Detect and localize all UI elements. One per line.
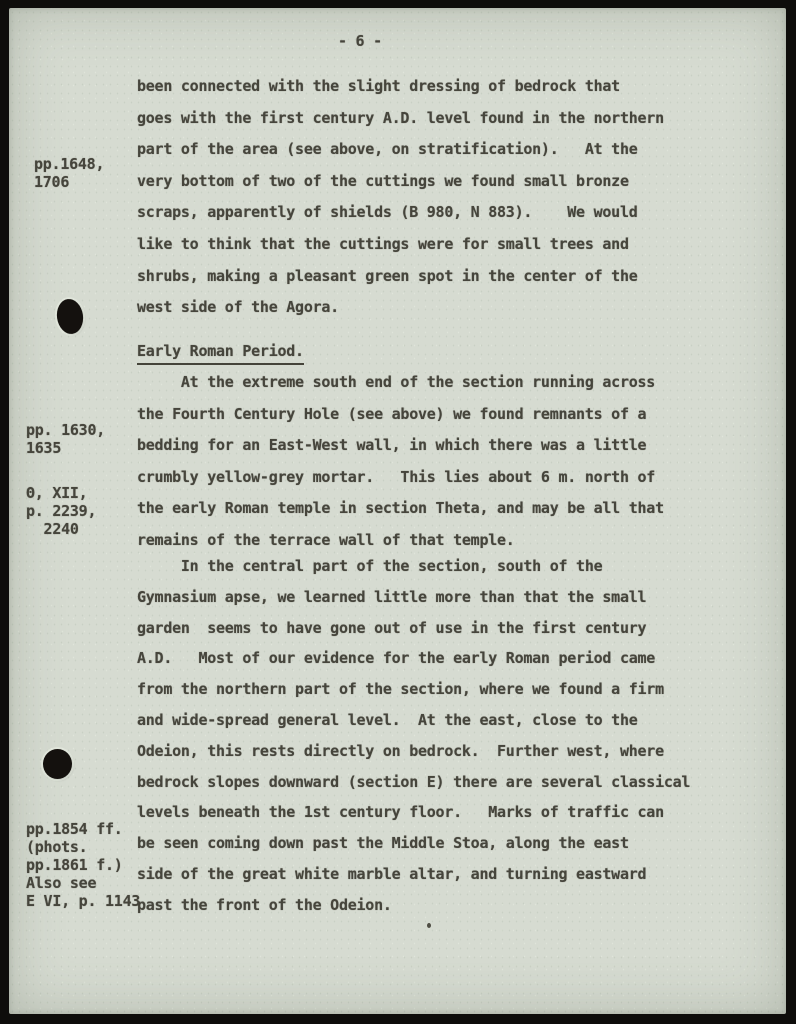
page-number: - 6 -	[338, 31, 382, 51]
margin-note-pages-1854: pp.1854 ff. (phots. pp.1861 f.) Also see…	[26, 820, 140, 910]
ink-dot-artifact	[427, 923, 431, 928]
paragraph-third: In the central part of the section, sout…	[137, 551, 690, 921]
punch-hole-bottom	[43, 749, 72, 779]
section-heading: Early Roman Period.	[137, 341, 304, 365]
scanned-page: - 6 - been connected with the slight dre…	[0, 0, 796, 1024]
paragraph-second: At the extreme south end of the section …	[137, 367, 664, 557]
margin-note-pages-1648: pp.1648, 1706	[34, 155, 104, 191]
margin-note-pages-1630: pp. 1630, 1635	[26, 421, 105, 457]
paragraph-first: been connected with the slight dressing …	[137, 71, 664, 324]
margin-note-theta-xii: Θ, XII, p. 2239, 2240	[26, 484, 96, 538]
